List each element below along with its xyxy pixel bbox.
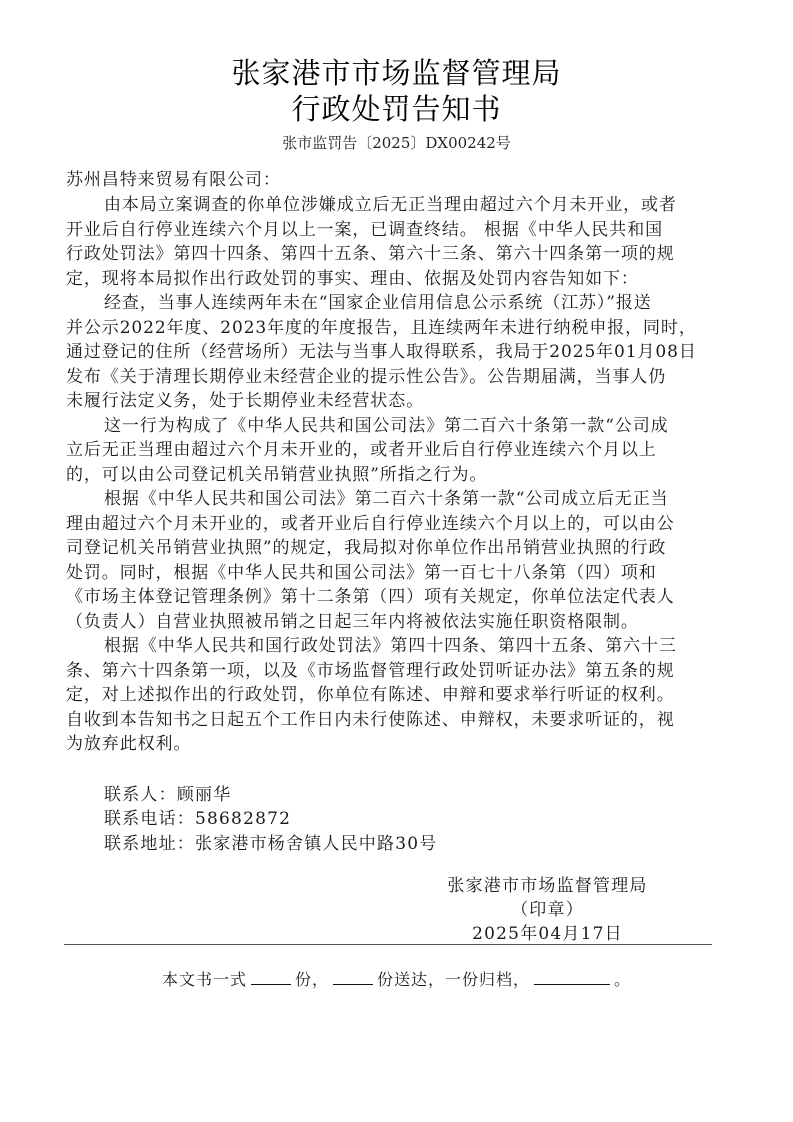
- contact-phone-value: 58682872: [195, 809, 291, 829]
- paragraph-line: 未履行法定义务，处于长期停业未经营状态。: [66, 389, 424, 413]
- recipient: 苏州昌特来贸易有限公司：: [66, 168, 281, 192]
- paragraph-line: 并公示2022年度、2023年度的年度报告，且连续两年未进行纳税申报，同时，: [66, 316, 697, 340]
- signature-date: 2025年04月17日: [440, 922, 655, 946]
- paragraph-line: 处罚。同时，根据《中华人民共和国公司法》第一百七十八条第（四）项和: [66, 561, 657, 585]
- contact-person-value: 顾丽华: [177, 785, 232, 805]
- contact-person-label: 联系人：: [104, 785, 177, 805]
- copies-statement: 本文书一式份，份送达，一份归档，。: [0, 968, 793, 992]
- paragraph-line: 的，可以由公司登记机关吊销营业执照”所指之行为。: [66, 463, 487, 487]
- copies-served-blank: [333, 969, 373, 985]
- copies-text-4: 。: [614, 970, 631, 989]
- copies-text-1: 本文书一式: [162, 970, 247, 989]
- contact-person: 联系人：顾丽华: [104, 783, 231, 807]
- copies-text-3: 份送达，一份归档，: [377, 970, 530, 989]
- contact-address-value: 张家港市杨舍镇人民中路30号: [195, 834, 437, 854]
- contact-address-label: 联系地址：: [104, 834, 195, 854]
- paragraph-line: 行政处罚法》第四十四条、第四十五条、第六十三条、第六十四条第一项的规: [66, 242, 675, 266]
- signature-seal: （印章）: [440, 898, 655, 922]
- contact-phone: 联系电话：58682872: [104, 807, 291, 831]
- paragraph-line: 通过登记的住所（经营场所）无法与当事人取得联系，我局于2025年01月08日: [66, 340, 697, 364]
- paragraph-line: 根据《中华人民共和国行政处罚法》第四十四条、第四十五条、第六十三: [104, 634, 677, 658]
- copies-other-blank: [534, 969, 610, 985]
- paragraph-line: 根据《中华人民共和国公司法》第二百六十条第一款“公司成立后无正当: [104, 487, 669, 511]
- paragraph-line: 开业后自行停业连续六个月以上一案，已调查终结。 根据《中华人民共和国: [66, 218, 663, 242]
- divider-line: [64, 944, 712, 945]
- paragraph-line: 定，现将本局拟作出行政处罚的事实、理由、依据及处罚内容告知如下：: [66, 267, 639, 291]
- paragraph-line: 由本局立案调查的你单位涉嫌成立后无正当理由超过六个月未开业，或者: [104, 193, 677, 217]
- paragraph-line: （负责人）自营业执照被吊销之日起三年内将被依法实施任职资格限制。: [66, 610, 639, 634]
- paragraph-line: 发布《关于清理长期停业未经营企业的提示性公告》。公告期届满，当事人仍: [66, 365, 666, 389]
- paragraph-line: 《市场主体登记管理条例》第十二条第（四）项有关规定，你单位法定代表人: [66, 585, 675, 609]
- contact-phone-label: 联系电话：: [104, 809, 195, 829]
- agency-title: 张家港市市场监督管理局: [0, 56, 793, 90]
- paragraph-line: 司登记机关吊销营业执照”的规定，我局拟对你单位作出吊销营业执照的行政: [66, 536, 666, 560]
- paragraph-line: 经查，当事人连续两年未在“国家企业信用信息公示系统（江苏）”报送: [104, 291, 652, 315]
- copies-total-blank: [251, 969, 291, 985]
- paragraph-line: 条、第六十四条第一项，以及《市场监督管理行政处罚听证办法》第五条的规: [66, 659, 675, 683]
- paragraph-line: 定，对上述拟作出的行政处罚，你单位有陈述、申辩和要求举行听证的权利。: [66, 683, 675, 707]
- signature-agency: 张家港市市场监督管理局: [440, 874, 655, 898]
- paragraph-line: 为放弃此权利。: [66, 732, 191, 756]
- document-type-title: 行政处罚告知书: [0, 92, 793, 126]
- paragraph-line: 自收到本告知书之日起五个工作日内未行使陈述、申辩权，未要求听证的，视: [66, 708, 675, 732]
- contact-address: 联系地址：张家港市杨舍镇人民中路30号: [104, 832, 437, 856]
- paragraph-line: 这一行为构成了《中华人民共和国公司法》第二百六十条第一款“公司成: [104, 414, 669, 438]
- paragraph-line: 立后无正当理由超过六个月未开业的，或者开业后自行停业连续六个月以上: [66, 438, 657, 462]
- copies-text-2: 份，: [295, 970, 329, 989]
- document-number: 张市监罚告〔2025〕DX00242号: [0, 134, 793, 152]
- paragraph-line: 理由超过六个月未开业的，或者开业后自行停业连续六个月以上的，可以由公: [66, 512, 675, 536]
